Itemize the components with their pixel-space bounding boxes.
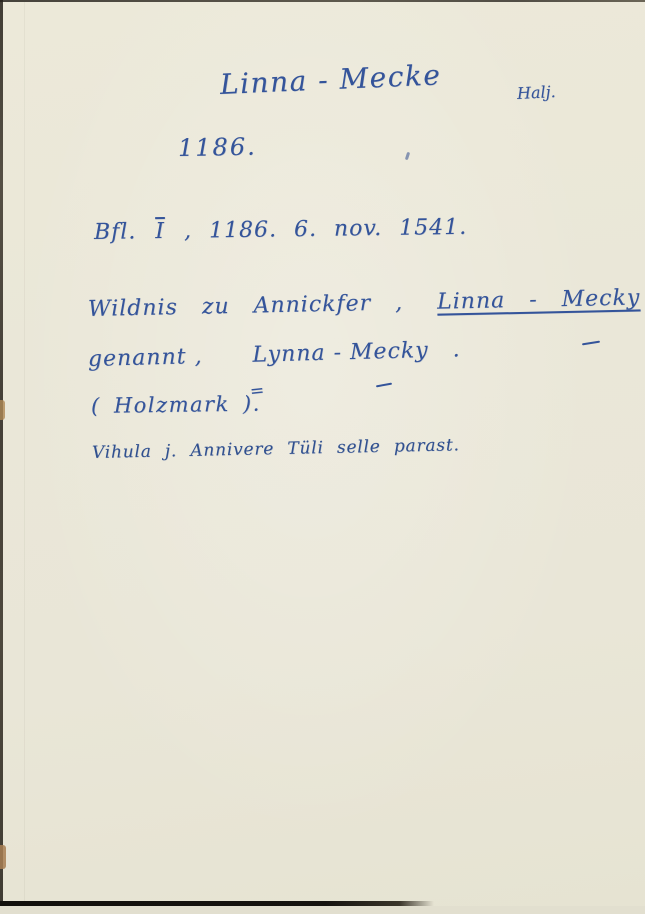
- underlined-place-name: Linna - Mecky: [437, 285, 641, 314]
- ink-speck: [405, 152, 410, 161]
- paper-stain-lower: [0, 845, 6, 869]
- parish-abbreviation: Halj.: [517, 82, 557, 103]
- reference-prefix: Bfl.: [94, 219, 137, 245]
- scan-bottom-band: [0, 906, 645, 914]
- estonian-note-line: Vihula j. Annivere Tüli selle parast.: [92, 435, 460, 463]
- entry-line-1-lead: Wildnis zu Annickfer ,: [88, 290, 404, 322]
- paper-stain-upper: [0, 400, 5, 420]
- card-title: Linna - Mecke: [219, 58, 442, 101]
- place-name-variant: Lynna - Mecky: [252, 338, 429, 368]
- reference-line: Bfl. I , 1186. 6. nov. 1541.: [94, 215, 468, 245]
- y-tail-cross-mark-1: [582, 341, 600, 346]
- y-tail-cross-mark-2: [376, 383, 392, 388]
- card-number: 1186.: [178, 133, 257, 162]
- reference-rest: , 1186. 6. nov. 1541.: [184, 215, 467, 244]
- entry-line-2-period: .: [452, 337, 461, 362]
- holzmark-line: ( Holzmark ).: [91, 392, 261, 418]
- entry-line-1: Wildnis zu Annickfer , Linna - Mecky: [88, 285, 641, 322]
- scan-edge-top: [0, 0, 645, 2]
- scan-edge-left: [0, 0, 3, 914]
- entry-line-2: genannt , Lynna - Mecky .: [88, 337, 461, 372]
- paper-crease-line: [24, 0, 25, 914]
- reference-roman-numeral: I: [153, 219, 167, 244]
- archive-card-page: Linna - Mecke Halj. 1186. Bfl. I , 1186.…: [0, 0, 645, 914]
- entry-line-2-lead: genannt ,: [88, 344, 203, 372]
